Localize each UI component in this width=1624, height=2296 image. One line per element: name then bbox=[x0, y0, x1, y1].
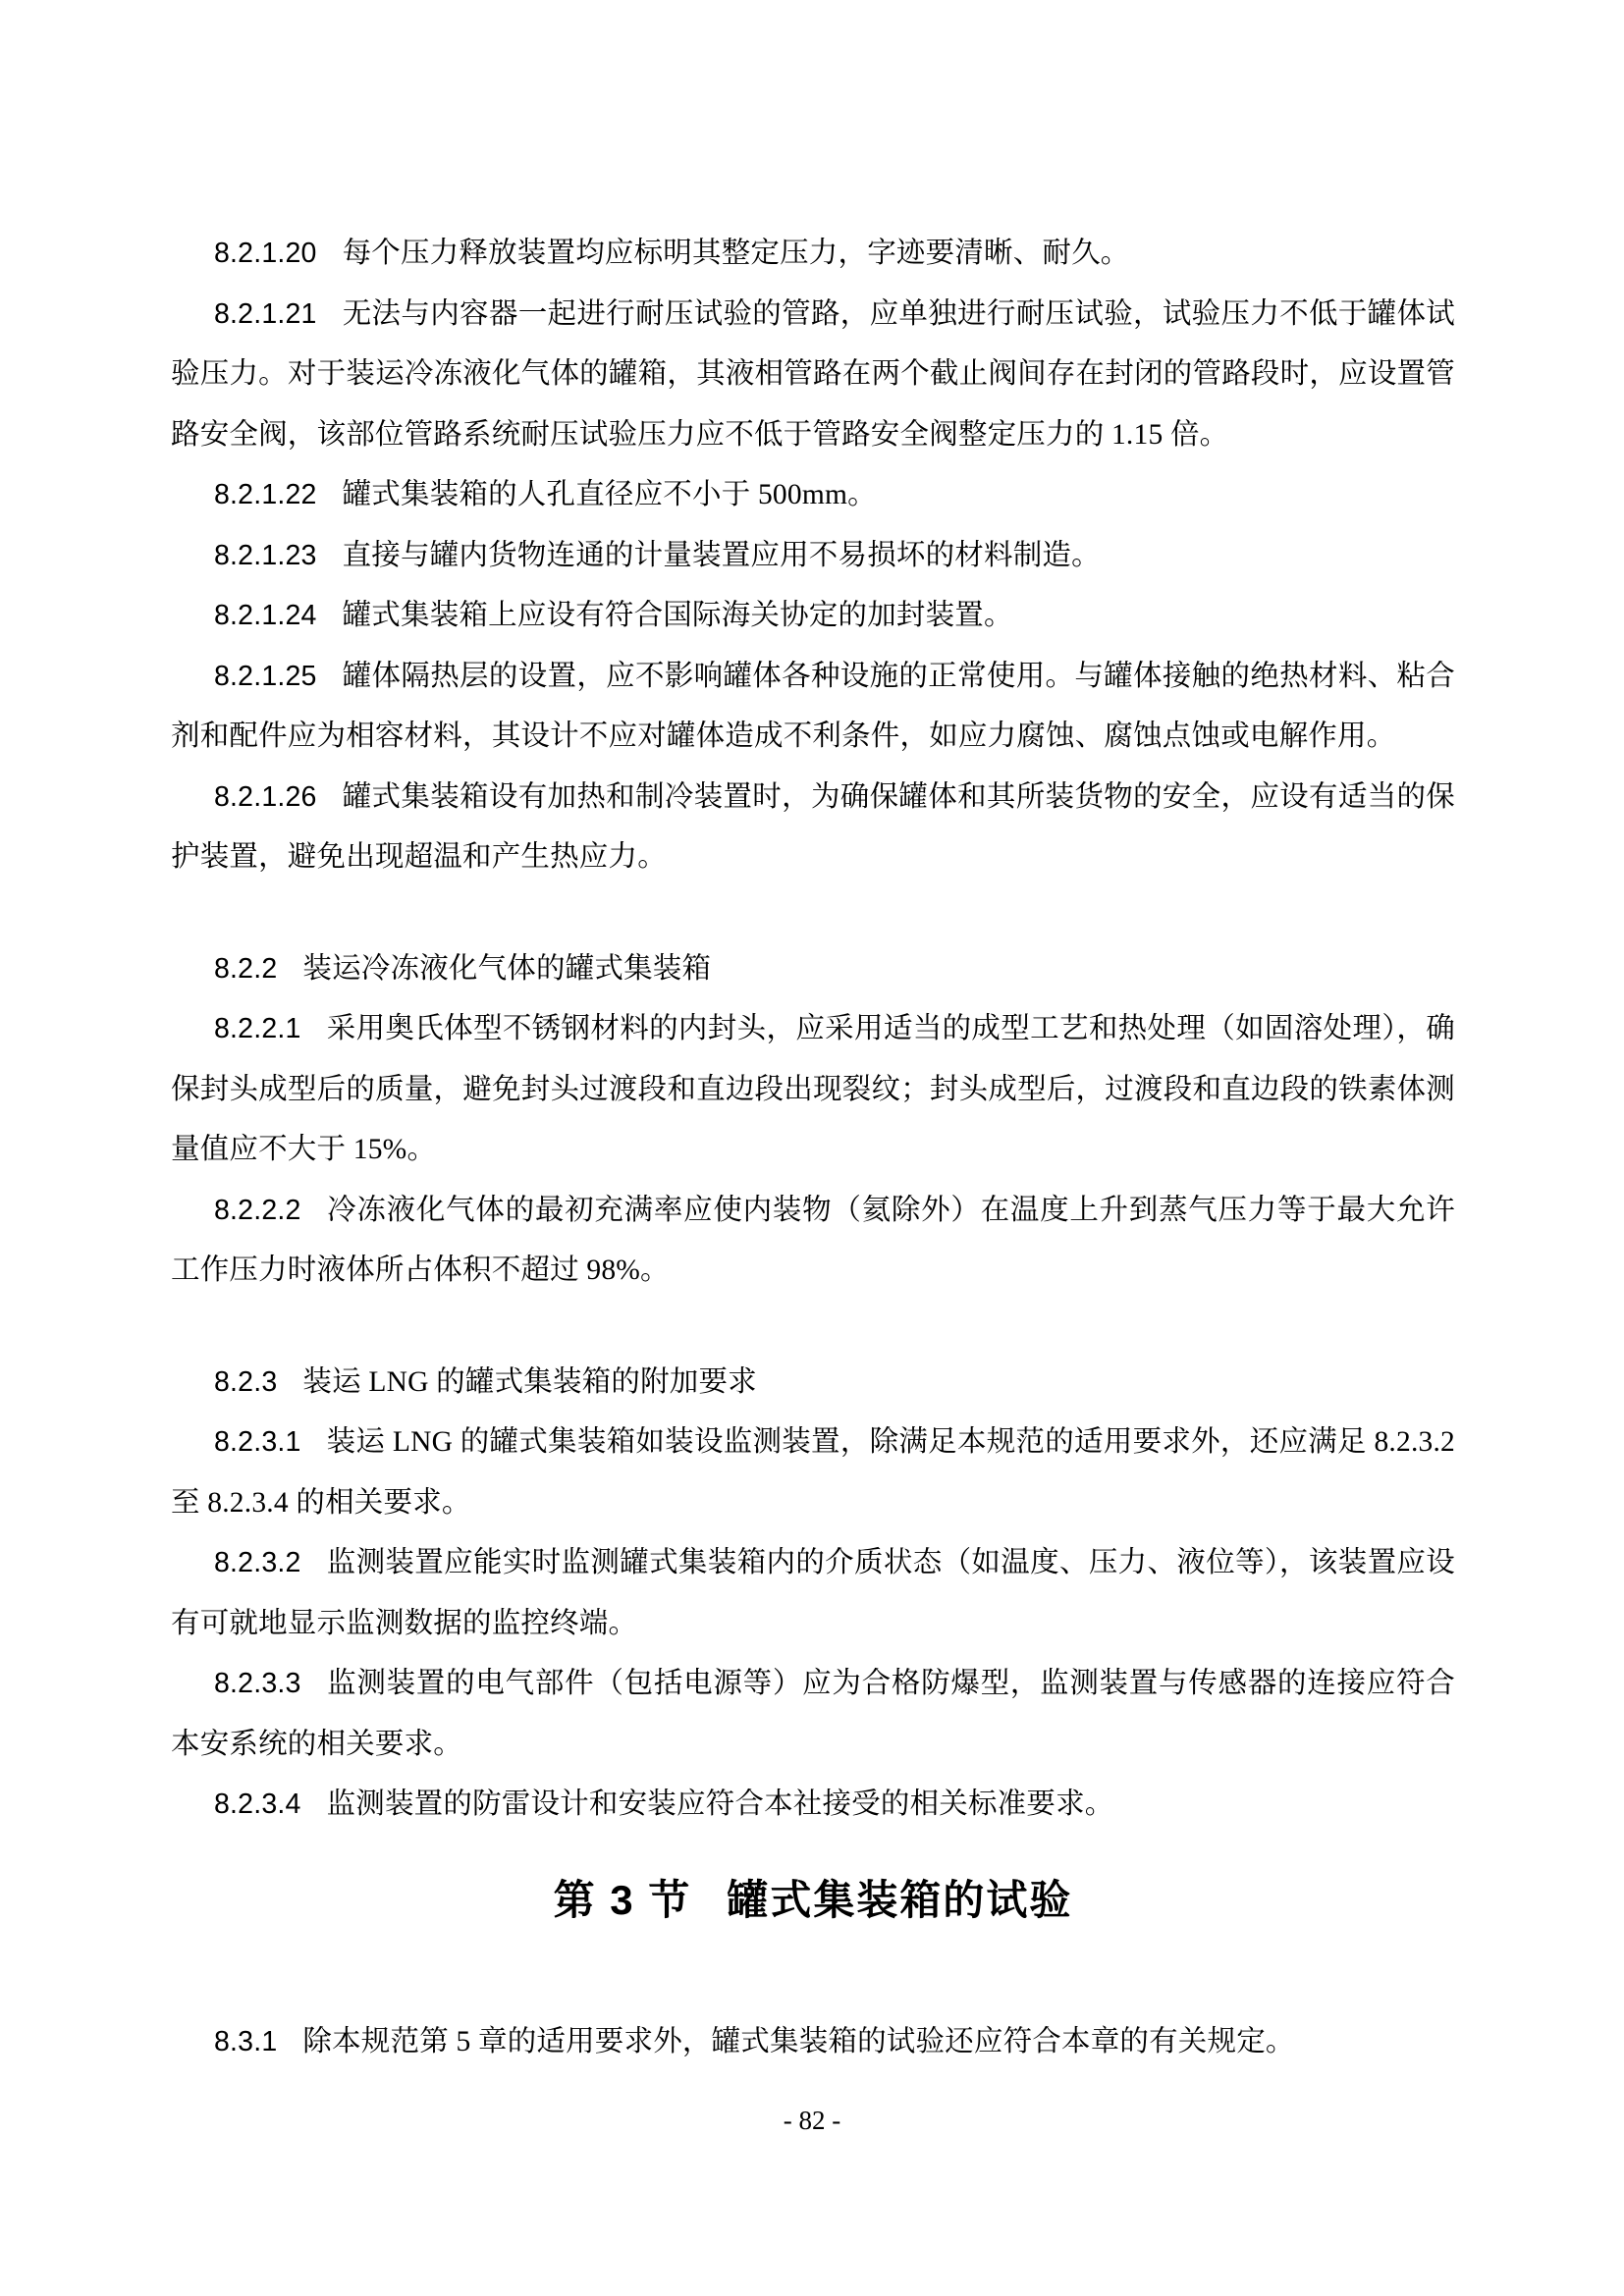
clause-number: 8.2.3 bbox=[214, 1366, 277, 1398]
blank-line bbox=[171, 1302, 1455, 1353]
clause-text: 监测装置应能实时监测罐式集装箱内的介质状态（如温度、压力、液位等），该装置应设有… bbox=[171, 1547, 1455, 1639]
section-heading: 第 3 节罐式集装箱的试验 bbox=[171, 1867, 1455, 1934]
section-heading-title: 罐式集装箱的试验 bbox=[727, 1877, 1072, 1923]
clause-number: 8.2.2 bbox=[214, 953, 277, 985]
clause-text: 装运冷冻液化气体的罐式集装箱 bbox=[302, 953, 711, 985]
clause-number: 8.2.1.24 bbox=[214, 600, 317, 631]
clause-number: 8.2.1.22 bbox=[214, 479, 317, 510]
page-body: 8.2.1.20每个压力释放装置均应标明其整定压力，字迹要清晰、耐久。 8.2.… bbox=[171, 224, 1455, 2072]
clause-text: 装运 LNG 的罐式集装箱如装设监测装置，除满足本规范的适用要求外，还应满足 8… bbox=[171, 1426, 1455, 1519]
clause-text: 罐式集装箱上应设有符合国际海关协定的加封装置。 bbox=[343, 600, 1013, 631]
clause-8-3-1: 8.3.1除本规范第 5 章的适用要求外，罐式集装箱的试验还应符合本章的有关规定… bbox=[171, 2012, 1455, 2073]
clause-8-2-1-25: 8.2.1.25罐体隔热层的设置，应不影响罐体各种设施的正常使用。与罐体接触的绝… bbox=[171, 647, 1455, 768]
clause-number: 8.2.3.2 bbox=[214, 1547, 301, 1578]
clause-text: 冷冻液化气体的最初充满率应使内装物（氦除外）在温度上升到蒸气压力等于最大允许工作… bbox=[171, 1195, 1455, 1287]
clause-8-2-1-21: 8.2.1.21无法与内容器一起进行耐压试验的管路，应单独进行耐压试验，试验压力… bbox=[171, 285, 1455, 466]
clause-8-2-1-26: 8.2.1.26罐式集装箱设有加热和制冷装置时，为确保罐体和其所装货物的安全，应… bbox=[171, 768, 1455, 888]
clause-number: 8.2.2.2 bbox=[214, 1195, 301, 1226]
subsection-title-8-2-3: 8.2.3装运 LNG 的罐式集装箱的附加要求 bbox=[171, 1353, 1455, 1414]
clause-number: 8.2.3.1 bbox=[214, 1426, 301, 1458]
clause-number: 8.2.3.3 bbox=[214, 1668, 301, 1699]
clause-text: 监测装置的防雷设计和安装应符合本社接受的相关标准要求。 bbox=[327, 1789, 1114, 1820]
clause-text: 每个压力释放装置均应标明其整定压力，字迹要清晰、耐久。 bbox=[343, 238, 1130, 269]
clause-number: 8.2.1.23 bbox=[214, 540, 317, 571]
clause-8-2-3-2: 8.2.3.2监测装置应能实时监测罐式集装箱内的介质状态（如温度、压力、液位等）… bbox=[171, 1533, 1455, 1654]
clause-number: 8.2.1.20 bbox=[214, 238, 317, 269]
clause-number: 8.2.1.26 bbox=[214, 781, 317, 813]
section-heading-number: 第 3 节 bbox=[554, 1877, 692, 1923]
clause-8-2-1-24: 8.2.1.24罐式集装箱上应设有符合国际海关协定的加封装置。 bbox=[171, 586, 1455, 647]
blank-line bbox=[171, 888, 1455, 939]
clause-text: 罐体隔热层的设置，应不影响罐体各种设施的正常使用。与罐体接触的绝热材料、粘合剂和… bbox=[171, 661, 1455, 753]
document-page: 8.2.1.20每个压力释放装置均应标明其整定压力，字迹要清晰、耐久。 8.2.… bbox=[0, 0, 1624, 2296]
clause-text: 罐式集装箱的人孔直径应不小于 500mm。 bbox=[343, 479, 877, 510]
clause-8-2-3-4: 8.2.3.4监测装置的防雷设计和安装应符合本社接受的相关标准要求。 bbox=[171, 1775, 1455, 1836]
clause-8-2-2-1: 8.2.2.1采用奥氏体型不锈钢材料的内封头，应采用适当的成型工艺和热处理（如固… bbox=[171, 999, 1455, 1181]
clause-8-2-3-3: 8.2.3.3监测装置的电气部件（包括电源等）应为合格防爆型，监测装置与传感器的… bbox=[171, 1654, 1455, 1775]
clause-8-2-1-22: 8.2.1.22罐式集装箱的人孔直径应不小于 500mm。 bbox=[171, 465, 1455, 526]
subsection-title-8-2-2: 8.2.2装运冷冻液化气体的罐式集装箱 bbox=[171, 939, 1455, 1000]
clause-8-2-1-23: 8.2.1.23直接与罐内货物连通的计量装置应用不易损坏的材料制造。 bbox=[171, 526, 1455, 587]
clause-text: 采用奥氏体型不锈钢材料的内封头，应采用适当的成型工艺和热处理（如固溶处理），确保… bbox=[171, 1013, 1455, 1165]
clause-text: 装运 LNG 的罐式集装箱的附加要求 bbox=[302, 1366, 756, 1398]
clause-text: 直接与罐内货物连通的计量装置应用不易损坏的材料制造。 bbox=[343, 540, 1101, 571]
clause-number: 8.3.1 bbox=[214, 2026, 277, 2057]
clause-number: 8.2.2.1 bbox=[214, 1013, 301, 1044]
clause-number: 8.2.1.25 bbox=[214, 661, 317, 692]
clause-number: 8.2.1.21 bbox=[214, 298, 317, 330]
clause-text: 罐式集装箱设有加热和制冷装置时，为确保罐体和其所装货物的安全，应设有适当的保护装… bbox=[171, 781, 1455, 874]
clause-number: 8.2.3.4 bbox=[214, 1789, 301, 1820]
clause-8-2-3-1: 8.2.3.1装运 LNG 的罐式集装箱如装设监测装置，除满足本规范的适用要求外… bbox=[171, 1413, 1455, 1533]
clause-text: 监测装置的电气部件（包括电源等）应为合格防爆型，监测装置与传感器的连接应符合本安… bbox=[171, 1668, 1455, 1760]
clause-text: 无法与内容器一起进行耐压试验的管路，应单独进行耐压试验，试验压力不低于罐体试验压… bbox=[171, 298, 1455, 451]
page-number: - 82 - bbox=[784, 2106, 840, 2135]
clause-8-2-2-2: 8.2.2.2冷冻液化气体的最初充满率应使内装物（氦除外）在温度上升到蒸气压力等… bbox=[171, 1181, 1455, 1302]
clause-8-2-1-20: 8.2.1.20每个压力释放装置均应标明其整定压力，字迹要清晰、耐久。 bbox=[171, 224, 1455, 285]
page-number-footer: - 82 - bbox=[0, 2101, 1624, 2140]
clause-text: 除本规范第 5 章的适用要求外，罐式集装箱的试验还应符合本章的有关规定。 bbox=[302, 2026, 1294, 2057]
